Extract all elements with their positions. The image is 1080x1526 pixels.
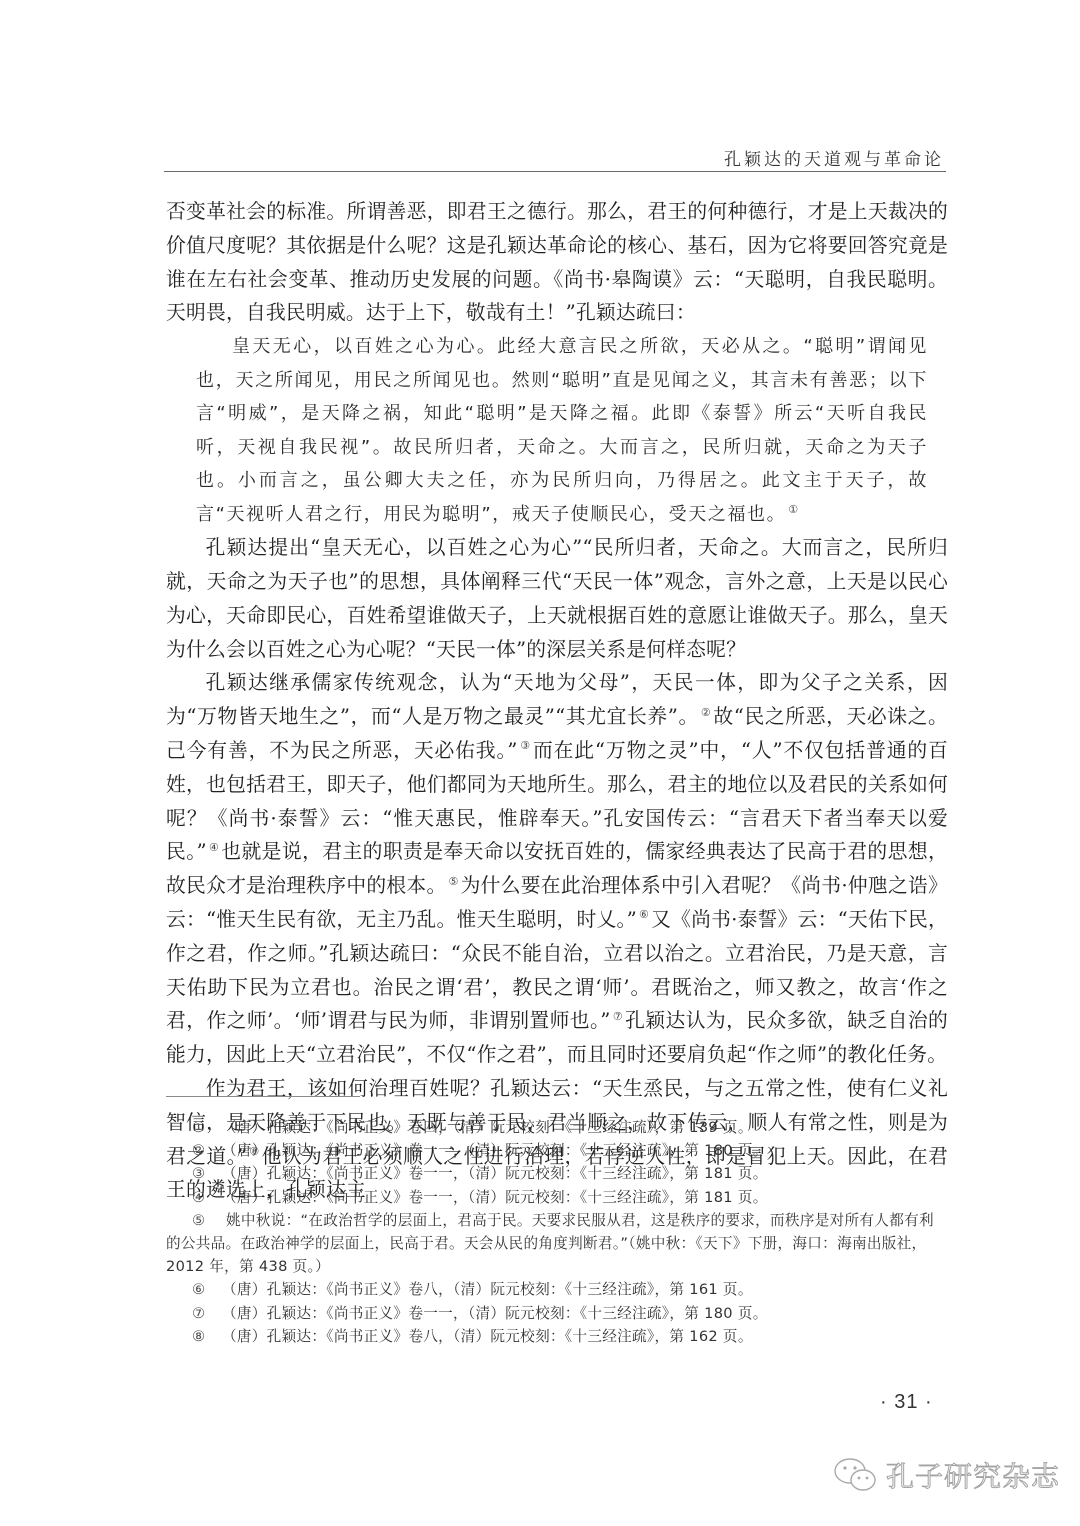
watermark-text: 孔子研究杂志: [886, 1455, 1060, 1495]
paragraph-3: 孔颖达继承儒家传统观念，认为“天地为父母”，天民一体，即为父子之关系，因为“万物…: [166, 666, 948, 1072]
footnote-ref-1[interactable]: ①: [788, 503, 799, 516]
block-quote: 皇天无心，以百姓之心为心。此经大意言民之所欲，天必从之。“聪明”谓闻见也，天之所…: [166, 330, 948, 531]
page-number: · 31 ·: [880, 1391, 933, 1414]
footnote-ref-4[interactable]: ④: [209, 841, 219, 854]
running-header: 孔颖达的天道观与革命论: [164, 143, 946, 172]
footnote-ref-7[interactable]: ⑦: [613, 1010, 624, 1023]
footnote-ref-6[interactable]: ⑥: [639, 908, 649, 921]
footnote-3: ③（唐）孔颖达：《尚书正义》卷一一，（清）阮元校刻：《十三经注疏》，第 181 …: [166, 1162, 948, 1185]
footnote-ref-5[interactable]: ⑤: [449, 875, 459, 888]
footnote-ref-2[interactable]: ②: [701, 706, 711, 719]
footnote-2: ②（唐）孔颖达：《尚书正义》卷一一，（清）阮元校刻：《十三经注疏》，第 180 …: [166, 1139, 948, 1162]
footnotes: ①（唐）孔颖达：《尚书正义》卷四，（清）阮元校刻：《十三经注疏》，第 139 页…: [166, 1116, 948, 1348]
footnote-mark: ⑧: [166, 1325, 222, 1348]
footnote-mark: ①: [166, 1116, 222, 1139]
footnote-text: （唐）孔颖达：《尚书正义》卷八，（清）阮元校刻：《十三经注疏》，第 161 页。: [222, 1281, 753, 1298]
footnote-ref-3[interactable]: ③: [520, 739, 531, 752]
footnote-6: ⑥（唐）孔颖达：《尚书正义》卷八，（清）阮元校刻：《十三经注疏》，第 161 页…: [166, 1278, 948, 1301]
footnote-7: ⑦（唐）孔颖达：《尚书正义》卷一一，（清）阮元校刻：《十三经注疏》，第 180 …: [166, 1302, 948, 1325]
main-text: 否变革社会的标准。所谓善恶，即君王之德行。那么，君王的何种德行，才是上天裁决的价…: [166, 195, 948, 1207]
footnote-divider: [166, 1096, 360, 1097]
footnote-mark: ⑦: [166, 1302, 222, 1325]
footnote-text: （唐）孔颖达：《尚书正义》卷四，（清）阮元校刻：《十三经注疏》，第 139 页。: [222, 1119, 753, 1136]
footnote-5: ⑤姚中秋说：“在政治哲学的层面上，君高于民。天要求民服从君，这是秩序的要求，而秩…: [166, 1209, 948, 1279]
footnote-mark: ④: [166, 1186, 222, 1209]
running-header-title: 孔颖达的天道观与革命论: [724, 145, 944, 170]
footnote-text: （唐）孔颖达：《尚书正义》卷一一，（清）阮元校刻：《十三经注疏》，第 180 页…: [222, 1305, 768, 1322]
footnote-text: （唐）孔颖达：《尚书正义》卷一一，（清）阮元校刻：《十三经注疏》，第 180 页…: [222, 1142, 768, 1159]
footnote-4: ④（唐）孔颖达：《尚书正义》卷一一，（清）阮元校刻：《十三经注疏》，第 181 …: [166, 1186, 948, 1209]
footnote-text: 姚中秋说：“在政治哲学的层面上，君高于民。天要求民服从君，这是秩序的要求，而秩序…: [166, 1212, 934, 1275]
footnote-text: （唐）孔颖达：《尚书正义》卷八，（清）阮元校刻：《十三经注疏》，第 162 页。: [222, 1328, 753, 1345]
footnote-8: ⑧（唐）孔颖达：《尚书正义》卷八，（清）阮元校刻：《十三经注疏》，第 162 页…: [166, 1325, 948, 1348]
block-quote-text: 皇天无心，以百姓之心为心。此经大意言民之所欲，天必从之。“聪明”谓闻见也，天之所…: [196, 330, 928, 531]
footnote-mark: ③: [166, 1162, 222, 1185]
watermark: 孔子研究杂志: [832, 1455, 1060, 1495]
footnote-mark: ⑤: [166, 1209, 226, 1232]
footnote-text: （唐）孔颖达：《尚书正义》卷一一，（清）阮元校刻：《十三经注疏》，第 181 页…: [222, 1165, 768, 1182]
footnote-text: （唐）孔颖达：《尚书正义》卷一一，（清）阮元校刻：《十三经注疏》，第 181 页…: [222, 1189, 768, 1206]
footnote-1: ①（唐）孔颖达：《尚书正义》卷四，（清）阮元校刻：《十三经注疏》，第 139 页…: [166, 1116, 948, 1139]
paragraph-2: 孔颖达提出“皇天无心，以百姓之心为心”“民所归者，天命之。大而言之，民所归就，天…: [166, 531, 948, 666]
block-quote-content: 皇天无心，以百姓之心为心。此经大意言民之所欲，天必从之。“聪明”谓闻见也，天之所…: [196, 336, 928, 525]
wechat-icon: [832, 1455, 880, 1495]
footnote-mark: ⑥: [166, 1278, 222, 1301]
paragraph-1: 否变革社会的标准。所谓善恶，即君王之德行。那么，君王的何种德行，才是上天裁决的价…: [166, 195, 948, 330]
footnote-mark: ②: [166, 1139, 222, 1162]
